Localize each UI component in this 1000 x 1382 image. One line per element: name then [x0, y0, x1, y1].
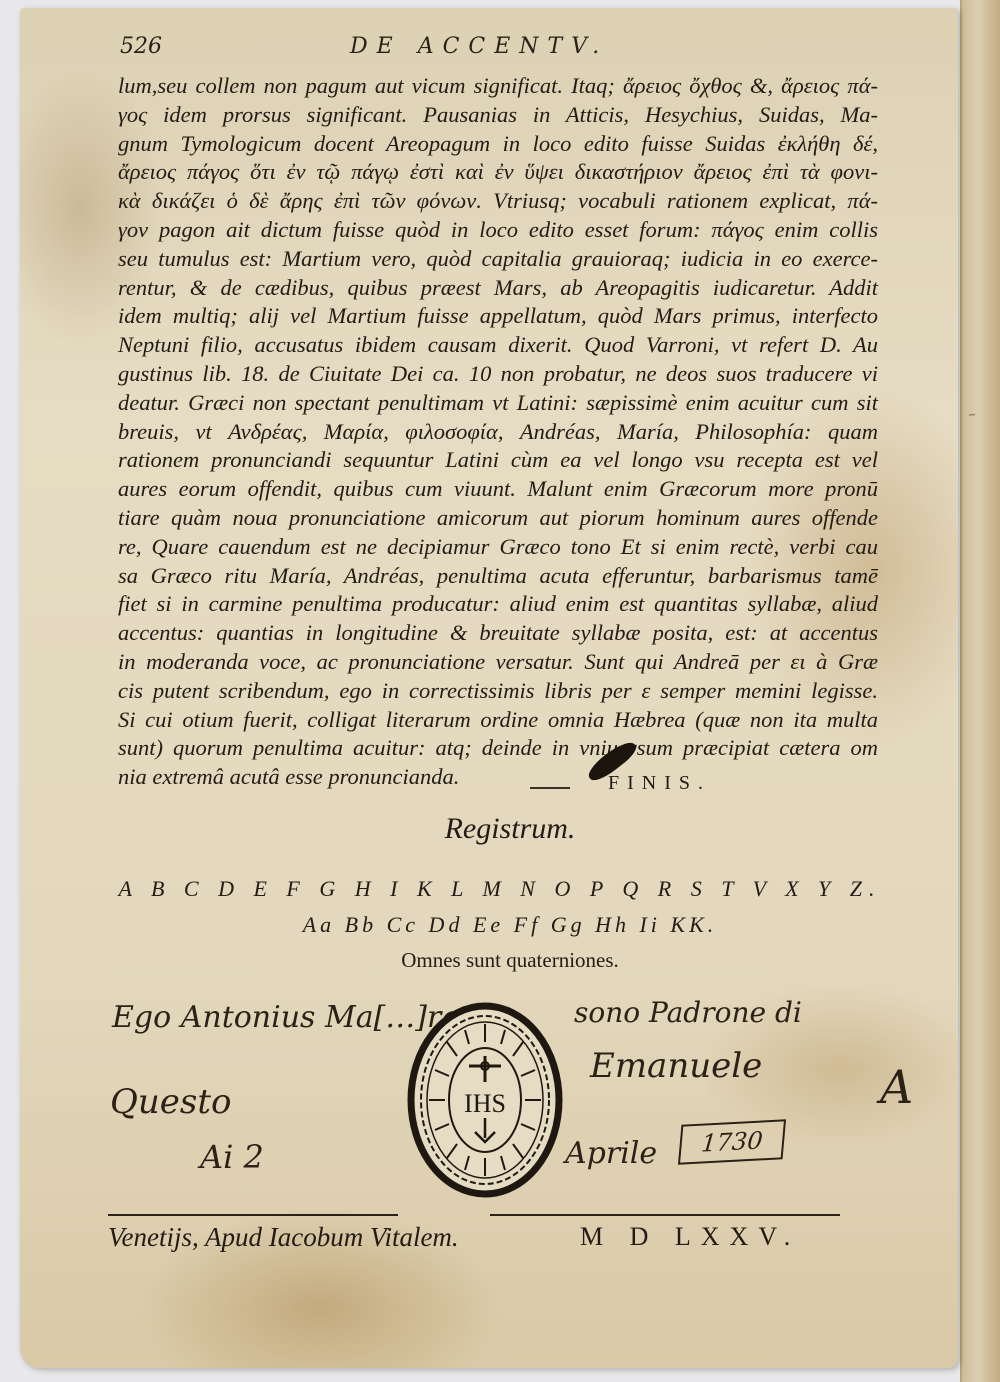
text-line: accentus: quantias in longitudine & breu… [118, 619, 878, 648]
text-line: in moderanda voce, ac pronunciatione ver… [118, 648, 878, 677]
ownership-inscription-emanuele: Emanuele [590, 1046, 762, 1086]
ownership-inscription-day: Ai 2 [200, 1138, 264, 1176]
imprint-year: M D LXXV. [580, 1222, 800, 1252]
body-text: lum,seu collem non pagum aut vicum signi… [118, 72, 878, 792]
ihs-printer-device: IHS [405, 1000, 565, 1200]
imprint-place-printer: Venetijs, Apud Iacobum Vitalem. [108, 1222, 459, 1253]
text-line: sa Græco ritu María, Andréas, penultima … [118, 562, 878, 591]
svg-text:IHS: IHS [464, 1089, 506, 1118]
text-line: γος idem prorsus significant. Pausanias … [118, 101, 878, 130]
adjacent-page-edge [960, 0, 1000, 1382]
text-line: fiet si in carmine penultima producatur:… [118, 590, 878, 619]
adjacent-page-marginalia: ~ [967, 409, 977, 421]
text-line: Si cui otium fuerit, colligat literarum … [118, 706, 878, 735]
ownership-inscription-this: Questo [110, 1082, 231, 1122]
ownership-inscription-year: 1730 [678, 1119, 786, 1164]
text-line: Neptuni filio, accusatus ibidem causam d… [118, 331, 878, 360]
text-line: gnum Tymologicum docent Areopagum in loc… [118, 130, 878, 159]
imprint-rule-left [108, 1214, 398, 1216]
text-line: rationem pronunciandi sequuntur Latini c… [118, 446, 878, 475]
text-line: re, Quare cauendum est ne decipiamur Græ… [118, 533, 878, 562]
text-line: aures eorum offendit, quibus cum viuunt.… [118, 475, 878, 504]
dash-rule [530, 787, 570, 789]
text-line: ἄρειος πάγος ὅτι ἐν τῷ πάγῳ ἐστὶ καὶ ἐν … [118, 158, 878, 187]
ownership-flourish: A [880, 1060, 913, 1114]
ihs-seal-icon: IHS [405, 1000, 565, 1200]
text-line: breuis, vt Ανδρέας, Μαρία, φιλοσοφία, An… [118, 418, 878, 447]
register-signatures-1: A B C D E F G H I K L M N O P Q R S T V … [0, 876, 1000, 902]
imprint-rule-right [490, 1214, 840, 1216]
text-line: sunt) quorum penultima acuitur: atq; dei… [118, 734, 878, 763]
text-line: γον pagon ait dictum fuisse quòd in loco… [118, 216, 878, 245]
running-title: DE ACCENTV. [350, 34, 608, 59]
finis-label: FINIS. [608, 772, 711, 795]
text-line: tiare quàm noua pronunciatione amicorum … [118, 504, 878, 533]
page-number: 526 [120, 34, 162, 59]
text-line: lum,seu collem non pagum aut vicum signi… [118, 72, 878, 101]
text-line: idem multiq; alij vel Martium fuisse app… [118, 302, 878, 331]
text-line: rentur, & de cædibus, quibus præest Mars… [118, 274, 878, 303]
ownership-inscription-month: Aprile [565, 1136, 657, 1171]
register-note: Omnes sunt quaterniones. [0, 948, 1000, 973]
text-line: gustinus lib. 18. de Ciuitate Dei ca. 10… [118, 360, 878, 389]
ownership-inscription-owner: sono Padrone di [574, 996, 802, 1029]
text-line: cis putent scribendum, ego in correctiss… [118, 677, 878, 706]
register-heading: Registrum. [0, 812, 1000, 846]
running-head: 526 DE ACCENTV. [120, 34, 860, 64]
text-line: nia extremâ acutâ esse pronuncianda. [118, 763, 878, 792]
text-line: κὰ δικάζει ὁ δὲ ἄρης ἐπὶ τῶν φόνων. Vtri… [118, 187, 878, 216]
text-line: deatur. Græci non spectant penultimam vt… [118, 389, 878, 418]
register-signatures-2: Aa Bb Cc Dd Ee Ff Gg Hh Ii KK. [0, 912, 1000, 938]
text-line: seu tumulus est: Martium vero, quòd capi… [118, 245, 878, 274]
